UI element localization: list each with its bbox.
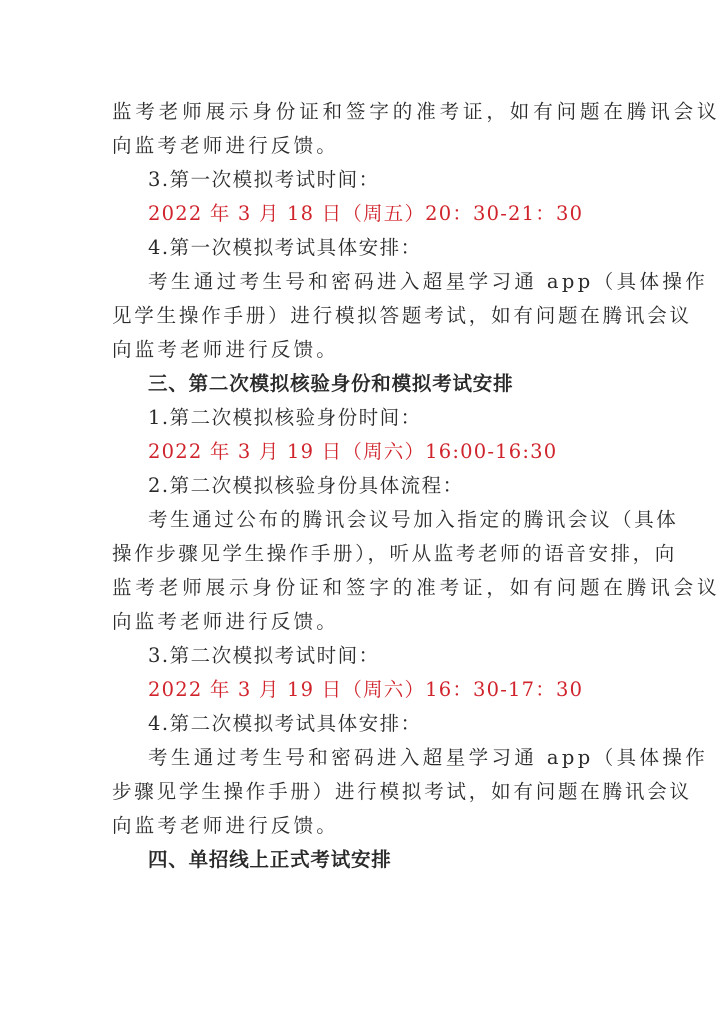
paragraph-line: 考生通过公布的腾讯会议号加入指定的腾讯会议（具体 bbox=[148, 508, 653, 532]
paragraph-line: 操作步骤见学生操作手册），听从监考老师的语音安排，向 bbox=[112, 542, 617, 566]
section-heading: 三、第二次模拟核验身份和模拟考试安排 bbox=[148, 372, 653, 396]
paragraph-line: 向监考老师进行反馈。 bbox=[112, 814, 617, 838]
list-item-heading: 4.第二次模拟考试具体安排： bbox=[148, 712, 653, 736]
paragraph-line: 向监考老师进行反馈。 bbox=[112, 610, 617, 634]
section-heading: 四、单招线上正式考试安排 bbox=[148, 848, 653, 872]
body-line: 监考老师展示身份证和签字的准考证，如有问题在腾讯会议 bbox=[112, 100, 617, 124]
list-item-heading: 4.第一次模拟考试具体安排： bbox=[148, 236, 653, 260]
paragraph-line: 监考老师展示身份证和签字的准考证，如有问题在腾讯会议 bbox=[112, 576, 617, 600]
paragraph-line: 见学生操作手册）进行模拟答题考试，如有问题在腾讯会议 bbox=[112, 304, 617, 328]
list-item-heading: 3.第二次模拟考试时间： bbox=[148, 644, 653, 668]
document-page: 监考老师展示身份证和签字的准考证，如有问题在腾讯会议 向监考老师进行反馈。 3.… bbox=[0, 0, 724, 1024]
list-item-heading: 2.第二次模拟核验身份具体流程： bbox=[148, 474, 653, 498]
list-item-heading: 3.第一次模拟考试时间： bbox=[148, 168, 653, 192]
exam-time-highlight: 2022 年 3 月 19 日（周六）16：30-17：30 bbox=[148, 678, 653, 702]
verify-time-highlight: 2022 年 3 月 19 日（周六）16:00-16:30 bbox=[148, 440, 653, 464]
paragraph-line: 考生通过考生号和密码进入超星学习通 app（具体操作 bbox=[148, 746, 653, 770]
exam-time-highlight: 2022 年 3 月 18 日（周五）20：30-21：30 bbox=[148, 202, 653, 226]
list-item-heading: 1.第二次模拟核验身份时间： bbox=[148, 406, 653, 430]
paragraph-line: 向监考老师进行反馈。 bbox=[112, 338, 617, 362]
body-line: 向监考老师进行反馈。 bbox=[112, 134, 617, 158]
paragraph-line: 考生通过考生号和密码进入超星学习通 app（具体操作 bbox=[148, 270, 653, 294]
paragraph-line: 步骤见学生操作手册）进行模拟考试，如有问题在腾讯会议 bbox=[112, 780, 617, 804]
